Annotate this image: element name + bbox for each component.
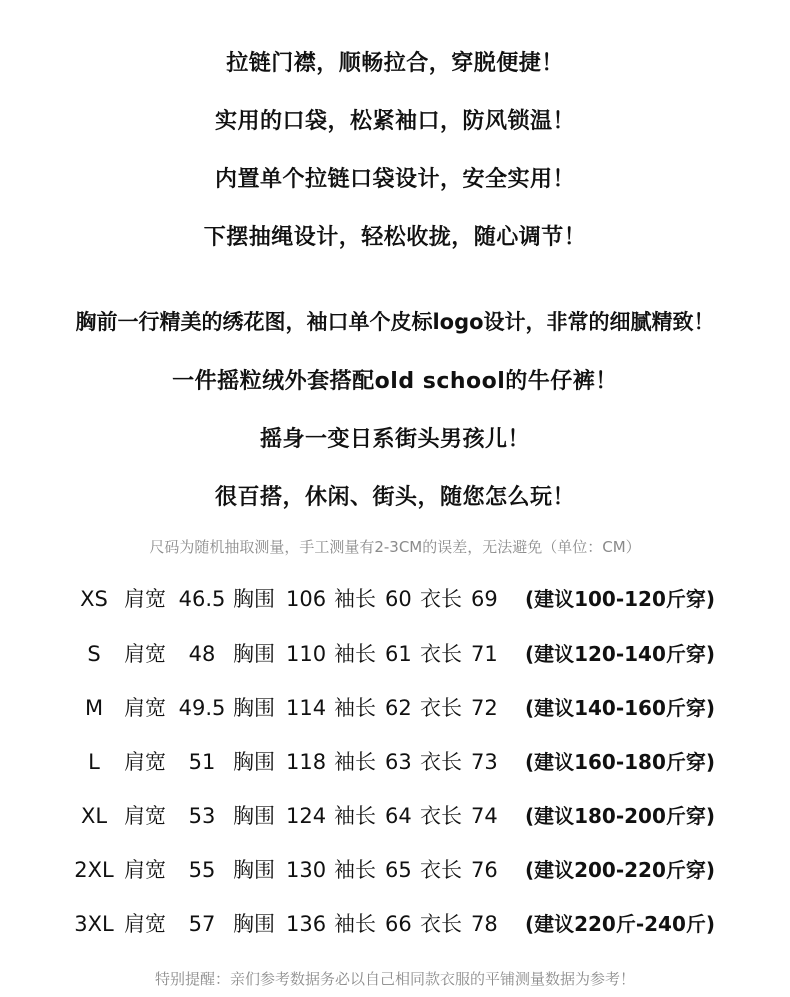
weight-recommendation: (建议160-180斤穿) xyxy=(505,744,735,780)
length-value: 69 xyxy=(471,581,498,617)
chest-value: 124 xyxy=(286,798,326,834)
size-label: XL xyxy=(68,798,120,834)
shoulder-value: 53 xyxy=(174,798,230,834)
chest-value: 110 xyxy=(286,636,326,672)
length-value: 76 xyxy=(471,852,498,888)
sleeve-value: 65 xyxy=(385,852,412,888)
feature-line: 下摆抽绳设计，轻松收拢，随心调节！ xyxy=(0,220,790,251)
length-label: 衣长 xyxy=(420,636,462,672)
length-value: 78 xyxy=(471,906,498,942)
size-label: S xyxy=(68,636,120,672)
size-row-xs: XS 肩宽 46.5 胸围 106 袖长 60 衣长 69 (建议100-120… xyxy=(0,581,790,617)
chest-value: 106 xyxy=(286,581,326,617)
shoulder-label: 肩宽 xyxy=(124,798,166,834)
sleeve-label: 袖长 xyxy=(334,906,376,942)
sleeve-value: 61 xyxy=(385,636,412,672)
size-row-3xl: 3XL 肩宽 57 胸围 136 袖长 66 衣长 78 (建议220斤-240… xyxy=(0,906,790,942)
chest-label: 胸围 xyxy=(233,744,275,780)
sleeve-label: 袖长 xyxy=(334,690,376,726)
sleeve-value: 63 xyxy=(385,744,412,780)
shoulder-label: 肩宽 xyxy=(124,852,166,888)
length-value: 73 xyxy=(471,744,498,780)
length-label: 衣长 xyxy=(420,852,462,888)
styling-line: 一件摇粒绒外套搭配old school的牛仔裤！ xyxy=(0,364,790,395)
sleeve-label: 袖长 xyxy=(334,852,376,888)
sleeve-label: 袖长 xyxy=(334,636,376,672)
sleeve-value: 62 xyxy=(385,690,412,726)
sleeve-value: 66 xyxy=(385,906,412,942)
shoulder-label: 肩宽 xyxy=(124,636,166,672)
weight-recommendation: (建议220斤-240斤) xyxy=(505,906,735,942)
length-label: 衣长 xyxy=(420,581,462,617)
shoulder-value: 57 xyxy=(174,906,230,942)
chest-label: 胸围 xyxy=(233,581,275,617)
length-value: 74 xyxy=(471,798,498,834)
chest-value: 118 xyxy=(286,744,326,780)
chest-label: 胸围 xyxy=(233,636,275,672)
chest-label: 胸围 xyxy=(233,906,275,942)
sleeve-label: 袖长 xyxy=(334,581,376,617)
length-label: 衣长 xyxy=(420,906,462,942)
size-row-m: M 肩宽 49.5 胸围 114 袖长 62 衣长 72 (建议140-160斤… xyxy=(0,690,790,726)
weight-recommendation: (建议120-140斤穿) xyxy=(505,636,735,672)
weight-recommendation: (建议140-160斤穿) xyxy=(505,690,735,726)
sleeve-label: 袖长 xyxy=(334,744,376,780)
size-label: XS xyxy=(68,581,120,617)
sleeve-value: 60 xyxy=(385,581,412,617)
shoulder-value: 49.5 xyxy=(174,690,230,726)
size-row-l: L 肩宽 51 胸围 118 袖长 63 衣长 73 (建议160-180斤穿) xyxy=(0,744,790,780)
shoulder-value: 51 xyxy=(174,744,230,780)
size-label: M xyxy=(68,690,120,726)
length-value: 72 xyxy=(471,690,498,726)
styling-line: 摇身一变日系街头男孩儿！ xyxy=(0,422,790,453)
weight-recommendation: (建议100-120斤穿) xyxy=(505,581,735,617)
shoulder-value: 48 xyxy=(174,636,230,672)
size-label: 2XL xyxy=(68,852,120,888)
length-label: 衣长 xyxy=(420,690,462,726)
shoulder-value: 46.5 xyxy=(174,581,230,617)
shoulder-label: 肩宽 xyxy=(124,906,166,942)
styling-line: 胸前一行精美的绣花图，袖口单个皮标logo设计，非常的细腻精致！ xyxy=(0,306,790,336)
length-value: 71 xyxy=(471,636,498,672)
shoulder-label: 肩宽 xyxy=(124,690,166,726)
feature-line: 内置单个拉链口袋设计，安全实用！ xyxy=(0,162,790,193)
shoulder-label: 肩宽 xyxy=(124,744,166,780)
size-row-s: S 肩宽 48 胸围 110 袖长 61 衣长 71 (建议120-140斤穿) xyxy=(0,636,790,672)
shoulder-value: 55 xyxy=(174,852,230,888)
weight-recommendation: (建议180-200斤穿) xyxy=(505,798,735,834)
size-row-xl: XL 肩宽 53 胸围 124 袖长 64 衣长 74 (建议180-200斤穿… xyxy=(0,798,790,834)
chest-value: 136 xyxy=(286,906,326,942)
feature-line: 拉链门襟，顺畅拉合，穿脱便捷！ xyxy=(0,46,790,77)
feature-line: 实用的口袋，松紧袖口，防风锁温！ xyxy=(0,104,790,135)
sleeve-value: 64 xyxy=(385,798,412,834)
shoulder-label: 肩宽 xyxy=(124,581,166,617)
chest-value: 130 xyxy=(286,852,326,888)
chest-label: 胸围 xyxy=(233,690,275,726)
chest-value: 114 xyxy=(286,690,326,726)
length-label: 衣长 xyxy=(420,744,462,780)
sleeve-label: 袖长 xyxy=(334,798,376,834)
chest-label: 胸围 xyxy=(233,852,275,888)
size-row-2xl: 2XL 肩宽 55 胸围 130 袖长 65 衣长 76 (建议200-220斤… xyxy=(0,852,790,888)
length-label: 衣长 xyxy=(420,798,462,834)
chest-label: 胸围 xyxy=(233,798,275,834)
special-reminder: 特别提醒：亲们参考数据务必以自己相同款衣服的平铺测量数据为参考！ xyxy=(0,968,790,989)
size-label: 3XL xyxy=(68,906,120,942)
weight-recommendation: (建议200-220斤穿) xyxy=(505,852,735,888)
size-label: L xyxy=(68,744,120,780)
styling-line: 很百搭，休闲、街头，随您怎么玩！ xyxy=(0,480,790,511)
measurement-note: 尺码为随机抽取测量，手工测量有2-3CM的误差，无法避免（单位：CM） xyxy=(0,536,790,557)
